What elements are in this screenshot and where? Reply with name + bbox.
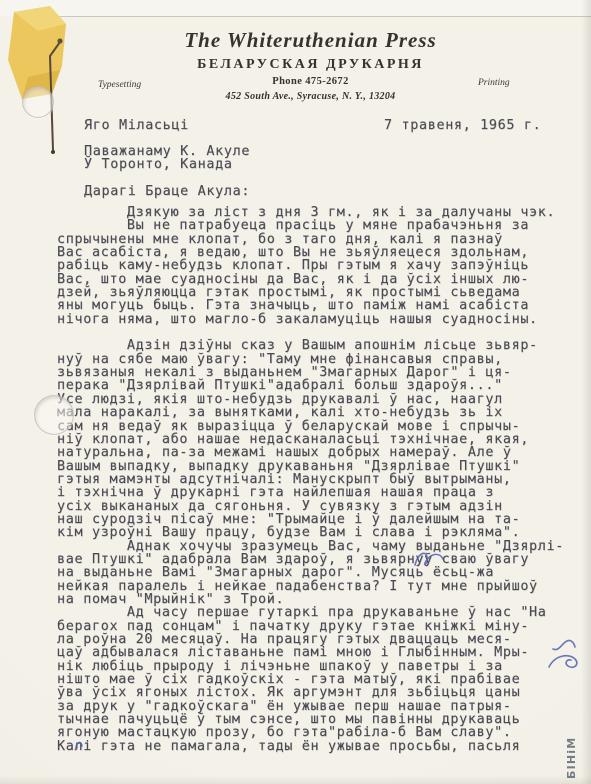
letter-line: Аднак хочучы зразумець Вас, чаму выданьн… bbox=[57, 540, 564, 553]
letter-line: Адзін дзіўны сказ у Вашым апошнім лісьце… bbox=[57, 339, 564, 352]
letter-line: нічога няма, што магло-б закаламуціць на… bbox=[57, 313, 564, 326]
pen-small-mark bbox=[73, 737, 85, 751]
letter-line: мала наракалі, за вынятками, калі хто-не… bbox=[57, 406, 564, 419]
letter-line: Калі гэта не памагала, тады ён ужывае пр… bbox=[57, 740, 564, 753]
salutation-line: Яго Міласьці bbox=[84, 119, 189, 132]
service-typesetting-label: Typesetting bbox=[98, 80, 141, 90]
letter-line: натуральна, па-за межамі нашых добрых на… bbox=[57, 446, 564, 459]
letter-line: Вашым выпадку, выпадку друкаваньня "Дзяр… bbox=[57, 460, 564, 473]
letter-line: нейкая паралель і нейкае падабенства? І … bbox=[57, 580, 564, 593]
letter-line: яны могуць быць. Гэта значыць, што паміж… bbox=[57, 299, 564, 312]
letter-line: ягоную мастацкую прозу, бо гэта"рабіла-б… bbox=[57, 726, 564, 739]
letter-line: і тэхнічна ў друкарні гэта найлепшая наш… bbox=[57, 486, 564, 499]
address-line: 452 South Ave., Syracuse, N. Y., 13204 bbox=[15, 91, 591, 102]
pin-head bbox=[57, 38, 62, 43]
letter-line: ўва ўсіх ягоных лістох. Як аргумэнт для … bbox=[57, 686, 564, 699]
pin-point bbox=[51, 150, 55, 154]
hole-punch-mark bbox=[22, 86, 54, 118]
paper-bottom-edge bbox=[0, 776, 591, 784]
letter-line: перака "Дзярлівай Птушкі"адабралі больш … bbox=[57, 379, 564, 392]
press-name: The Whiteruthenian Press bbox=[15, 28, 591, 53]
greeting-line: Дарагі Браце Акула: bbox=[84, 185, 250, 198]
org-name: БЕЛАРУСКАЯ ДРУКАРНЯ bbox=[15, 57, 591, 73]
pen-swirl-mark bbox=[547, 651, 583, 673]
letter-line: кім узроўні Вашу працу, будзе Вам і слав… bbox=[57, 526, 564, 539]
recipient-block: Паважанаму К. Акуле Ў Торонто, Канада bbox=[84, 145, 250, 172]
letter-body: Дзякую за ліст з дня 3 гм., як і за далу… bbox=[57, 206, 564, 753]
letter-line: Вы не патрабуеца прасіць у мяне прабачэн… bbox=[57, 219, 564, 232]
paper-top-highlight bbox=[0, 0, 591, 16]
letter-line: рабіць каму-небудзь клопат. Пры гэтым я … bbox=[57, 259, 564, 272]
hole-punch-mark bbox=[34, 395, 74, 435]
letter-line: сам ня ведаў як выразіцца ў беларускай м… bbox=[57, 420, 564, 433]
letter-line: усіх выкананых да сягоньня. У сувязку з … bbox=[57, 500, 564, 513]
date-line: 7 травеня, 1965 г. bbox=[384, 119, 541, 132]
scanned-letter-page: The Whiteruthenian Press БЕЛАРУСКАЯ ДРУК… bbox=[0, 0, 591, 784]
pen-squiggle-correction bbox=[412, 547, 446, 571]
archive-stamp-binim: БІНіМ bbox=[565, 737, 578, 779]
letter-line: на выданьне Вамі "Змагарных дарог". Муся… bbox=[57, 566, 564, 579]
letter-line: цаў адбывалася ліставаньне памі мною і Г… bbox=[57, 646, 564, 659]
paper-top-edge bbox=[46, 16, 591, 17]
service-printing-label: Printing bbox=[478, 78, 510, 88]
letter-line: берагох пад сонцам" і пачатку друку гэта… bbox=[57, 620, 564, 633]
letter-line: Ад часу першае гутаркі пра друкаваньне ў… bbox=[57, 606, 564, 619]
